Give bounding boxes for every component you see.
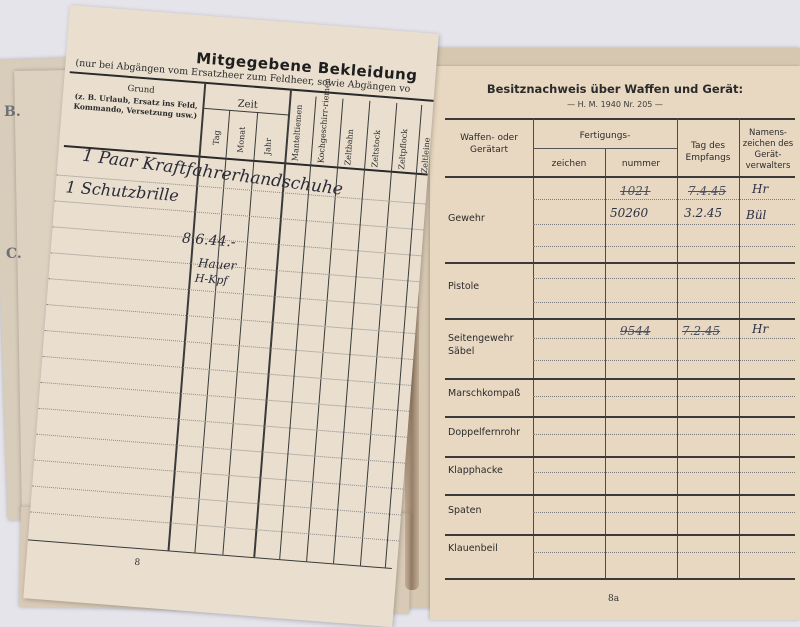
gewehr-date-struck: 7.4.45	[688, 184, 726, 198]
row-rule	[445, 534, 795, 536]
dotted-line	[36, 434, 405, 464]
row-rule	[445, 578, 795, 580]
handwritten-rank: H-Kpf	[194, 272, 228, 288]
row-rule	[445, 318, 795, 320]
dotted-line	[533, 246, 795, 247]
dotted-line	[32, 486, 401, 516]
seitengewehr-nummer-struck: 9544	[620, 324, 651, 338]
dotted-line	[46, 304, 415, 334]
table-bottom-rule	[28, 539, 392, 569]
dotted-line	[53, 226, 422, 256]
row-rule	[445, 262, 795, 264]
column-divider	[677, 118, 678, 580]
left-page-bekleidung: Mitgegebene Bekleidung (nur bei Abgängen…	[23, 5, 439, 627]
dotted-line	[533, 396, 795, 397]
document-photo: B. C. Besitznachweis über Waffen und Ger…	[0, 0, 800, 627]
seitengewehr-date-struck: 7.2.45	[682, 324, 720, 338]
row-rule	[445, 176, 795, 178]
header-tag: Tag	[211, 130, 221, 145]
dotted-line	[42, 356, 411, 386]
dotted-line	[40, 382, 409, 412]
row-rule	[445, 456, 795, 458]
dotted-line	[533, 278, 795, 279]
gewehr-nummer-struck: 1021	[620, 184, 651, 198]
row-label-gewehr: Gewehr	[448, 212, 485, 225]
dotted-line	[533, 434, 795, 435]
header-monat: Monat	[236, 126, 247, 153]
header-zeltstock: Zeltstock	[370, 130, 382, 168]
row-rule	[445, 494, 795, 496]
row-label-klauenbeil: Klauenbeil	[448, 542, 498, 555]
header-manteltiemen: Manteltiemen	[290, 104, 303, 161]
dotted-line	[533, 199, 795, 200]
dotted-line	[533, 338, 795, 339]
header-fertigungs: Fertigungs-	[533, 130, 677, 142]
seitengewehr-sig: Hr	[752, 322, 768, 336]
page-number-right: 8a	[608, 594, 619, 604]
dotted-line	[55, 200, 424, 230]
row-label-spaten: Spaten	[448, 504, 481, 517]
dotted-line	[533, 512, 795, 513]
stack-letter-c: C.	[6, 246, 22, 262]
right-page-title: Besitznachweis über Waffen und Gerät:	[430, 82, 800, 96]
row-label-marschkompass: Marschkompaß	[448, 387, 520, 400]
header-rule	[445, 118, 795, 120]
stack-letter-b: B.	[4, 104, 21, 120]
header-received-date: Tag des Empfangs	[677, 140, 739, 164]
row-label-klapphacke: Klapphacke	[448, 464, 503, 477]
column-divider	[605, 148, 606, 580]
dotted-line	[38, 408, 407, 438]
handwritten-date: 8.6.44.-	[181, 231, 236, 251]
header-zeltpflock: Zeltpflock	[397, 129, 409, 170]
gewehr-nummer: 50260	[610, 206, 648, 220]
row-rule	[445, 378, 795, 380]
row-label-doppelfernrohr: Doppelfernrohr	[448, 426, 520, 439]
dotted-line	[533, 472, 795, 473]
dotted-line	[533, 224, 795, 225]
subheader-rule	[533, 148, 677, 149]
row-label-pistole: Pistole	[448, 280, 479, 293]
header-jahr: Jahr	[263, 138, 273, 156]
dotted-line	[44, 330, 413, 360]
header-zeichen: zeichen	[533, 158, 605, 170]
gewehr-sig-1: Hr	[752, 182, 768, 196]
dotted-line	[30, 511, 399, 541]
header-item-type: Waffen- oder Gerätart	[445, 132, 533, 156]
dotted-line	[533, 360, 795, 361]
header-zeltbahn: Zeltbahn	[343, 129, 355, 166]
gewehr-date: 3.2.45	[684, 206, 722, 220]
gewehr-sig-2: Bül	[746, 208, 766, 222]
dotted-line	[34, 460, 403, 490]
row-rule	[445, 416, 795, 418]
header-signature: Namens- zeichen des Gerät- verwalters	[739, 128, 797, 172]
regulation-reference: — H. M. 1940 Nr. 205 —	[430, 100, 800, 109]
dotted-line	[533, 302, 795, 303]
dotted-line	[48, 278, 417, 308]
row-label-seitengewehr: Seitengewehr Säbel	[448, 332, 534, 358]
handwritten-signature: Hauer	[198, 256, 237, 273]
header-nummer: nummer	[605, 158, 677, 170]
handwritten-item-2: 1 Schutzbrille	[65, 177, 180, 205]
right-page-besitznachweis: Besitznachweis über Waffen und Gerät: — …	[430, 66, 800, 620]
dotted-line	[533, 552, 795, 553]
column-divider	[739, 118, 740, 580]
column-divider	[360, 103, 397, 566]
page-number-left: 8	[134, 558, 141, 568]
